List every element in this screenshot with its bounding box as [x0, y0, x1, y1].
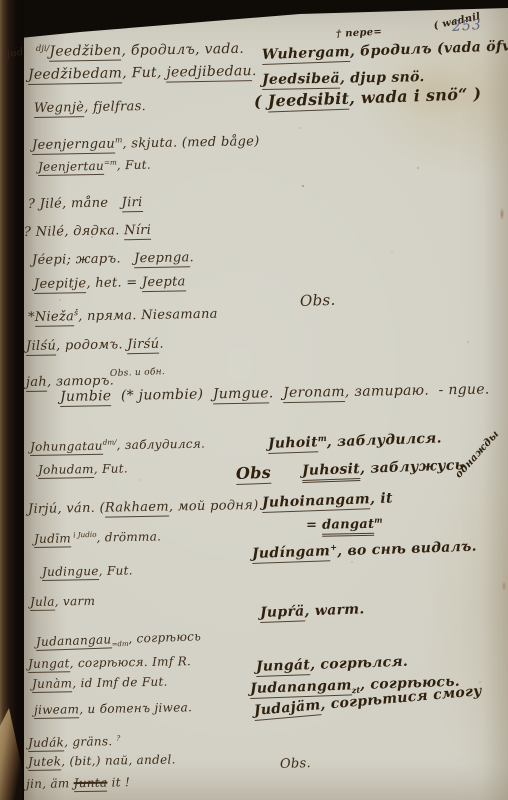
- text-part: , родомъ.: [56, 337, 127, 353]
- headword: Jeedsibit: [267, 89, 349, 113]
- manuscript-line: Jeenjertau=m, Fut.: [38, 158, 151, 173]
- text-part: jin, äm: [26, 776, 74, 791]
- headword: Jumbie: [60, 388, 112, 407]
- manuscript-line: Jilśú, родомъ. Jirśú.: [26, 338, 164, 354]
- manuscript-scan: dji/Jeedžiben, бродилъ, vada.Jeedžibedam…: [0, 0, 508, 800]
- manuscript-line: Juhoitm, заблудился.: [268, 430, 442, 452]
- text-part: ? Jilé, måne: [28, 195, 122, 212]
- headword: Jeronam: [283, 384, 345, 403]
- headword: Jiri: [121, 195, 142, 212]
- manuscript-line: Jupŕä, warm.: [260, 602, 365, 620]
- manuscript-entries: dji/Jeedžiben, бродилъ, vada.Jeedžibedam…: [0, 0, 508, 800]
- manuscript-line: Jeenjerngaum, skjuta. (med båge): [32, 134, 260, 153]
- manuscript-line: Jeepitje, het. = Jeepta: [34, 275, 186, 291]
- headword: Jeedsibeä: [262, 71, 340, 90]
- headword: Judanangau: [36, 632, 112, 651]
- text-part: однажды: [453, 429, 501, 481]
- text-part: .: [252, 63, 257, 79]
- headword: Johungatau: [30, 438, 103, 455]
- manuscript-line: Jutek, (bit,) пай, andel.: [28, 753, 176, 768]
- manuscript-line: *Niežaš́, пряма. Niesamana: [28, 307, 218, 325]
- manuscript-line: Jumbie (* juombie) Jumgue. Jeronam, зати…: [60, 383, 490, 405]
- headword: Jutek: [28, 754, 62, 771]
- manuscript-line: Judíngam+, во снѣ видалъ.: [252, 538, 477, 562]
- manuscript-line: Jungát, согрѣлся.: [256, 655, 409, 675]
- manuscript-line: Jula, varm: [30, 595, 95, 609]
- manuscript-line: jud: [6, 48, 24, 61]
- headword: Judák: [28, 735, 64, 752]
- headword: Jeepta: [142, 274, 186, 292]
- manuscript-line: = dangatm: [306, 517, 383, 533]
- text-part: , затоpъ.: [47, 373, 114, 389]
- text-part: , id Imf de Fut.: [72, 675, 168, 691]
- manuscript-line: Judák, gräns. ?: [28, 734, 121, 749]
- text-part: m: [374, 516, 382, 525]
- text-part: Jirjú, ván. (: [28, 501, 105, 517]
- headword: Obs: [236, 463, 272, 485]
- text-part: , согрѣюсь: [128, 629, 201, 646]
- headword: Junta: [74, 776, 108, 793]
- headword: Jirśú: [127, 337, 159, 355]
- manuscript-line: однажды: [454, 429, 502, 480]
- text-part: , skjuta. (med båge): [122, 134, 259, 151]
- text-part: ? Nilé, дядка.: [24, 223, 124, 240]
- text-part: dm/: [103, 437, 117, 446]
- headword: jiweam: [34, 702, 80, 719]
- text-part: , заблудился.: [116, 437, 205, 453]
- headword: Judīm: [34, 531, 71, 548]
- text-part: , (bit,) пай, andel.: [61, 752, 176, 768]
- headword: Johudam: [38, 462, 94, 479]
- headword: Jeedžibedam: [28, 65, 122, 85]
- manuscript-line: jin, äm Junta it !: [26, 776, 130, 790]
- text-part: (: [254, 92, 268, 111]
- headword: Juhosit: [302, 461, 361, 483]
- text-part: *: [28, 310, 35, 325]
- text-part: , drömma.: [96, 529, 161, 544]
- text-part: .: [189, 250, 194, 265]
- headword: Judíngam: [252, 544, 331, 565]
- text-part: dji/: [36, 43, 50, 53]
- headword: jeedjibedau: [166, 63, 252, 82]
- text-part: , gräns.: [64, 734, 117, 749]
- manuscript-line: dji/Jeedžiben, бродилъ, vada.: [36, 40, 244, 60]
- headword: Jumgue: [213, 385, 269, 404]
- text-part: , затираю. - ngue.: [345, 382, 490, 401]
- text-part: Jéepi; жаръ.: [32, 251, 134, 268]
- page-number: 253: [451, 17, 482, 35]
- text-part: , it: [370, 490, 393, 507]
- text-part: =: [306, 518, 322, 533]
- headword: Jeepnga: [134, 250, 190, 268]
- text-part: =dm: [111, 640, 128, 649]
- headword: Wuhergam: [262, 44, 350, 65]
- headword: dangat: [322, 517, 375, 537]
- manuscript-line: Obs.: [300, 293, 336, 310]
- text-part: , Fut,: [122, 65, 167, 82]
- headword: Juhoit: [268, 435, 319, 455]
- text-part: , заблужусь: [360, 457, 465, 477]
- headword: Níri: [124, 223, 151, 240]
- headword: Jupŕä: [260, 603, 305, 623]
- text-part: .: [159, 337, 164, 352]
- headword: Judajäm: [253, 697, 321, 721]
- text-part: , varm: [55, 594, 96, 609]
- manuscript-line: jiweam, и ботенъ jiwea.: [34, 701, 192, 716]
- manuscript-line: ? Nilé, дядка. Níri: [24, 224, 151, 240]
- headword: Juhoinangam: [262, 491, 371, 513]
- headword: jah: [26, 375, 47, 392]
- text-part: i Judio: [71, 530, 97, 539]
- text-part: , fjelfras.: [84, 99, 146, 115]
- headword: Jeenjerngau: [32, 137, 115, 155]
- text-part: it !: [107, 775, 130, 789]
- manuscript-line: Junàm, id Imf de Fut.: [32, 676, 168, 691]
- headword: Jilśú: [26, 338, 56, 356]
- headword: Rakhaem: [105, 500, 169, 518]
- text-part: , согрѣюся. Imf R.: [70, 654, 192, 670]
- text-part: , wada i snö“ ): [349, 84, 482, 108]
- manuscript-line: ( Jeedsibit, wada i snö“ ): [254, 86, 482, 111]
- text-part: , warm.: [304, 601, 365, 619]
- manuscript-line: † пере=: [336, 28, 383, 41]
- manuscript-line: Jeedžibedam, Fut, jeedjibedau.: [28, 64, 257, 83]
- text-part: , djup snö.: [340, 69, 425, 86]
- manuscript-line: Judanangau=dm, согрѣюсь: [36, 630, 202, 651]
- text-part: , бродилъ, vada.: [121, 41, 244, 59]
- text-part: , het. =: [86, 275, 142, 291]
- manuscript-line: Jéepi; жаръ. Jeepnga.: [32, 251, 194, 267]
- text-part: , пряма. Niesamana: [78, 307, 218, 324]
- text-part: .: [269, 385, 284, 401]
- text-part: , и ботенъ jiwea.: [79, 700, 192, 716]
- text-part: m: [318, 433, 327, 443]
- text-part: Obs. и обн.: [110, 367, 165, 379]
- headword: Junàm: [32, 676, 73, 693]
- text-part: =m: [104, 158, 117, 167]
- text-part: , бродилъ (vada öfver.: [350, 38, 508, 60]
- manuscript-line: Johudam, Fut.: [38, 462, 128, 476]
- text-part: (* juombie): [111, 386, 213, 404]
- text-part: , Fut.: [99, 563, 133, 578]
- text-part: † пере=: [336, 27, 383, 40]
- headword: Jungát: [256, 657, 311, 677]
- headword: Wegnjè: [34, 100, 85, 118]
- headword: Jeenjertau: [38, 159, 104, 176]
- manuscript-line: Wuhergam, бродилъ (vada öfver.: [262, 39, 508, 63]
- manuscript-line: Obs. и обн.: [110, 368, 165, 379]
- manuscript-line: Obs.: [280, 757, 311, 772]
- manuscript-line: Judingue, Fut.: [42, 564, 133, 578]
- text-part: Obs.: [280, 756, 311, 772]
- manuscript-line: Judīm i Judio, drömma.: [34, 530, 161, 545]
- headword: Jungat: [28, 656, 70, 673]
- headword: Jula: [30, 595, 55, 611]
- manuscript-line: Jeedsibeä, djup snö.: [262, 70, 425, 88]
- text-part: , Fut.: [94, 461, 128, 476]
- headword: Jeepitje: [34, 276, 87, 294]
- headword: Jeedžiben: [49, 43, 121, 62]
- manuscript-line: Johungataudm/, заблудился.: [30, 437, 205, 453]
- text-part: , во снѣ видалъ.: [337, 539, 477, 560]
- text-part: jud: [6, 47, 24, 60]
- text-part: , заблудился.: [326, 430, 442, 450]
- text-part: , мой родня): [169, 498, 259, 515]
- text-part: ?: [116, 733, 120, 742]
- manuscript-line: ? Jilé, måne Jiri: [28, 196, 143, 212]
- headword: Judingue: [42, 564, 99, 581]
- manuscript-line: Jungat, согрѣюся. Imf R.: [28, 655, 191, 670]
- manuscript-line: Juhoinangam, it: [262, 491, 393, 510]
- text-part: Obs.: [300, 291, 336, 310]
- manuscript-line: Jirjú, ván. (Rakhaem, мой родня): [28, 499, 259, 517]
- text-part: , согрѣлся.: [310, 654, 409, 673]
- manuscript-line: Juhosit, заблужусь: [302, 458, 465, 478]
- text-part: , Fut.: [117, 158, 151, 173]
- manuscript-line: Obs: [236, 465, 272, 483]
- headword: Nieža: [35, 309, 75, 327]
- manuscript-line: Wegnjè, fjelfras.: [34, 100, 146, 116]
